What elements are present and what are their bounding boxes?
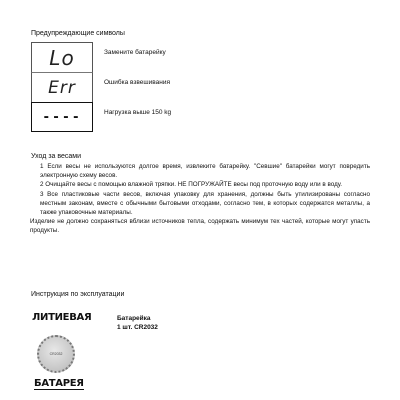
symbol-lo: Lo [49, 46, 74, 70]
symbol-err: Err [48, 78, 76, 98]
symbol-overload-box: ---- [31, 102, 93, 132]
care-title: Уход за весами [31, 152, 81, 161]
care-item-3: 3 Все пластиковые части весов, включая у… [30, 190, 370, 218]
care-note: Изделие не должно сохраняться вблизи ист… [30, 217, 370, 235]
symbol-err-description: Ошибка взвешивания [104, 78, 170, 87]
care-instructions: 1 Если весы не используются долгое время… [30, 162, 370, 236]
symbol-lo-box: Lo [31, 42, 93, 72]
symbol-overload-description: Нагрузка выше 150 kg [104, 108, 171, 117]
coin-battery-icon: CR2032 [37, 335, 75, 373]
symbol-table: Lo Err ---- [31, 42, 93, 132]
contents-item-2: 1 шт. CR2032 [117, 323, 158, 332]
contents-title: Инструкция по эксплуатации [31, 290, 124, 299]
contents-item-1: Батарейка [117, 314, 151, 323]
care-item-2: 2 Очищайте весы с помощью влажной тряпки… [30, 180, 370, 189]
battery-logo-top-text: ЛИТИЕВАЯ [32, 312, 91, 323]
symbol-lo-description: Замените батарейку [104, 48, 166, 57]
care-item-1: 1 Если весы не используются долгое время… [30, 162, 370, 180]
warnings-title: Предупреждающие символы [31, 29, 125, 38]
coin-battery-label: CR2032 [50, 352, 63, 356]
symbol-overload: ---- [42, 110, 81, 125]
symbol-err-box: Err [31, 72, 93, 102]
battery-logo-bottom-text: БАТАРЕЯ [34, 378, 84, 390]
